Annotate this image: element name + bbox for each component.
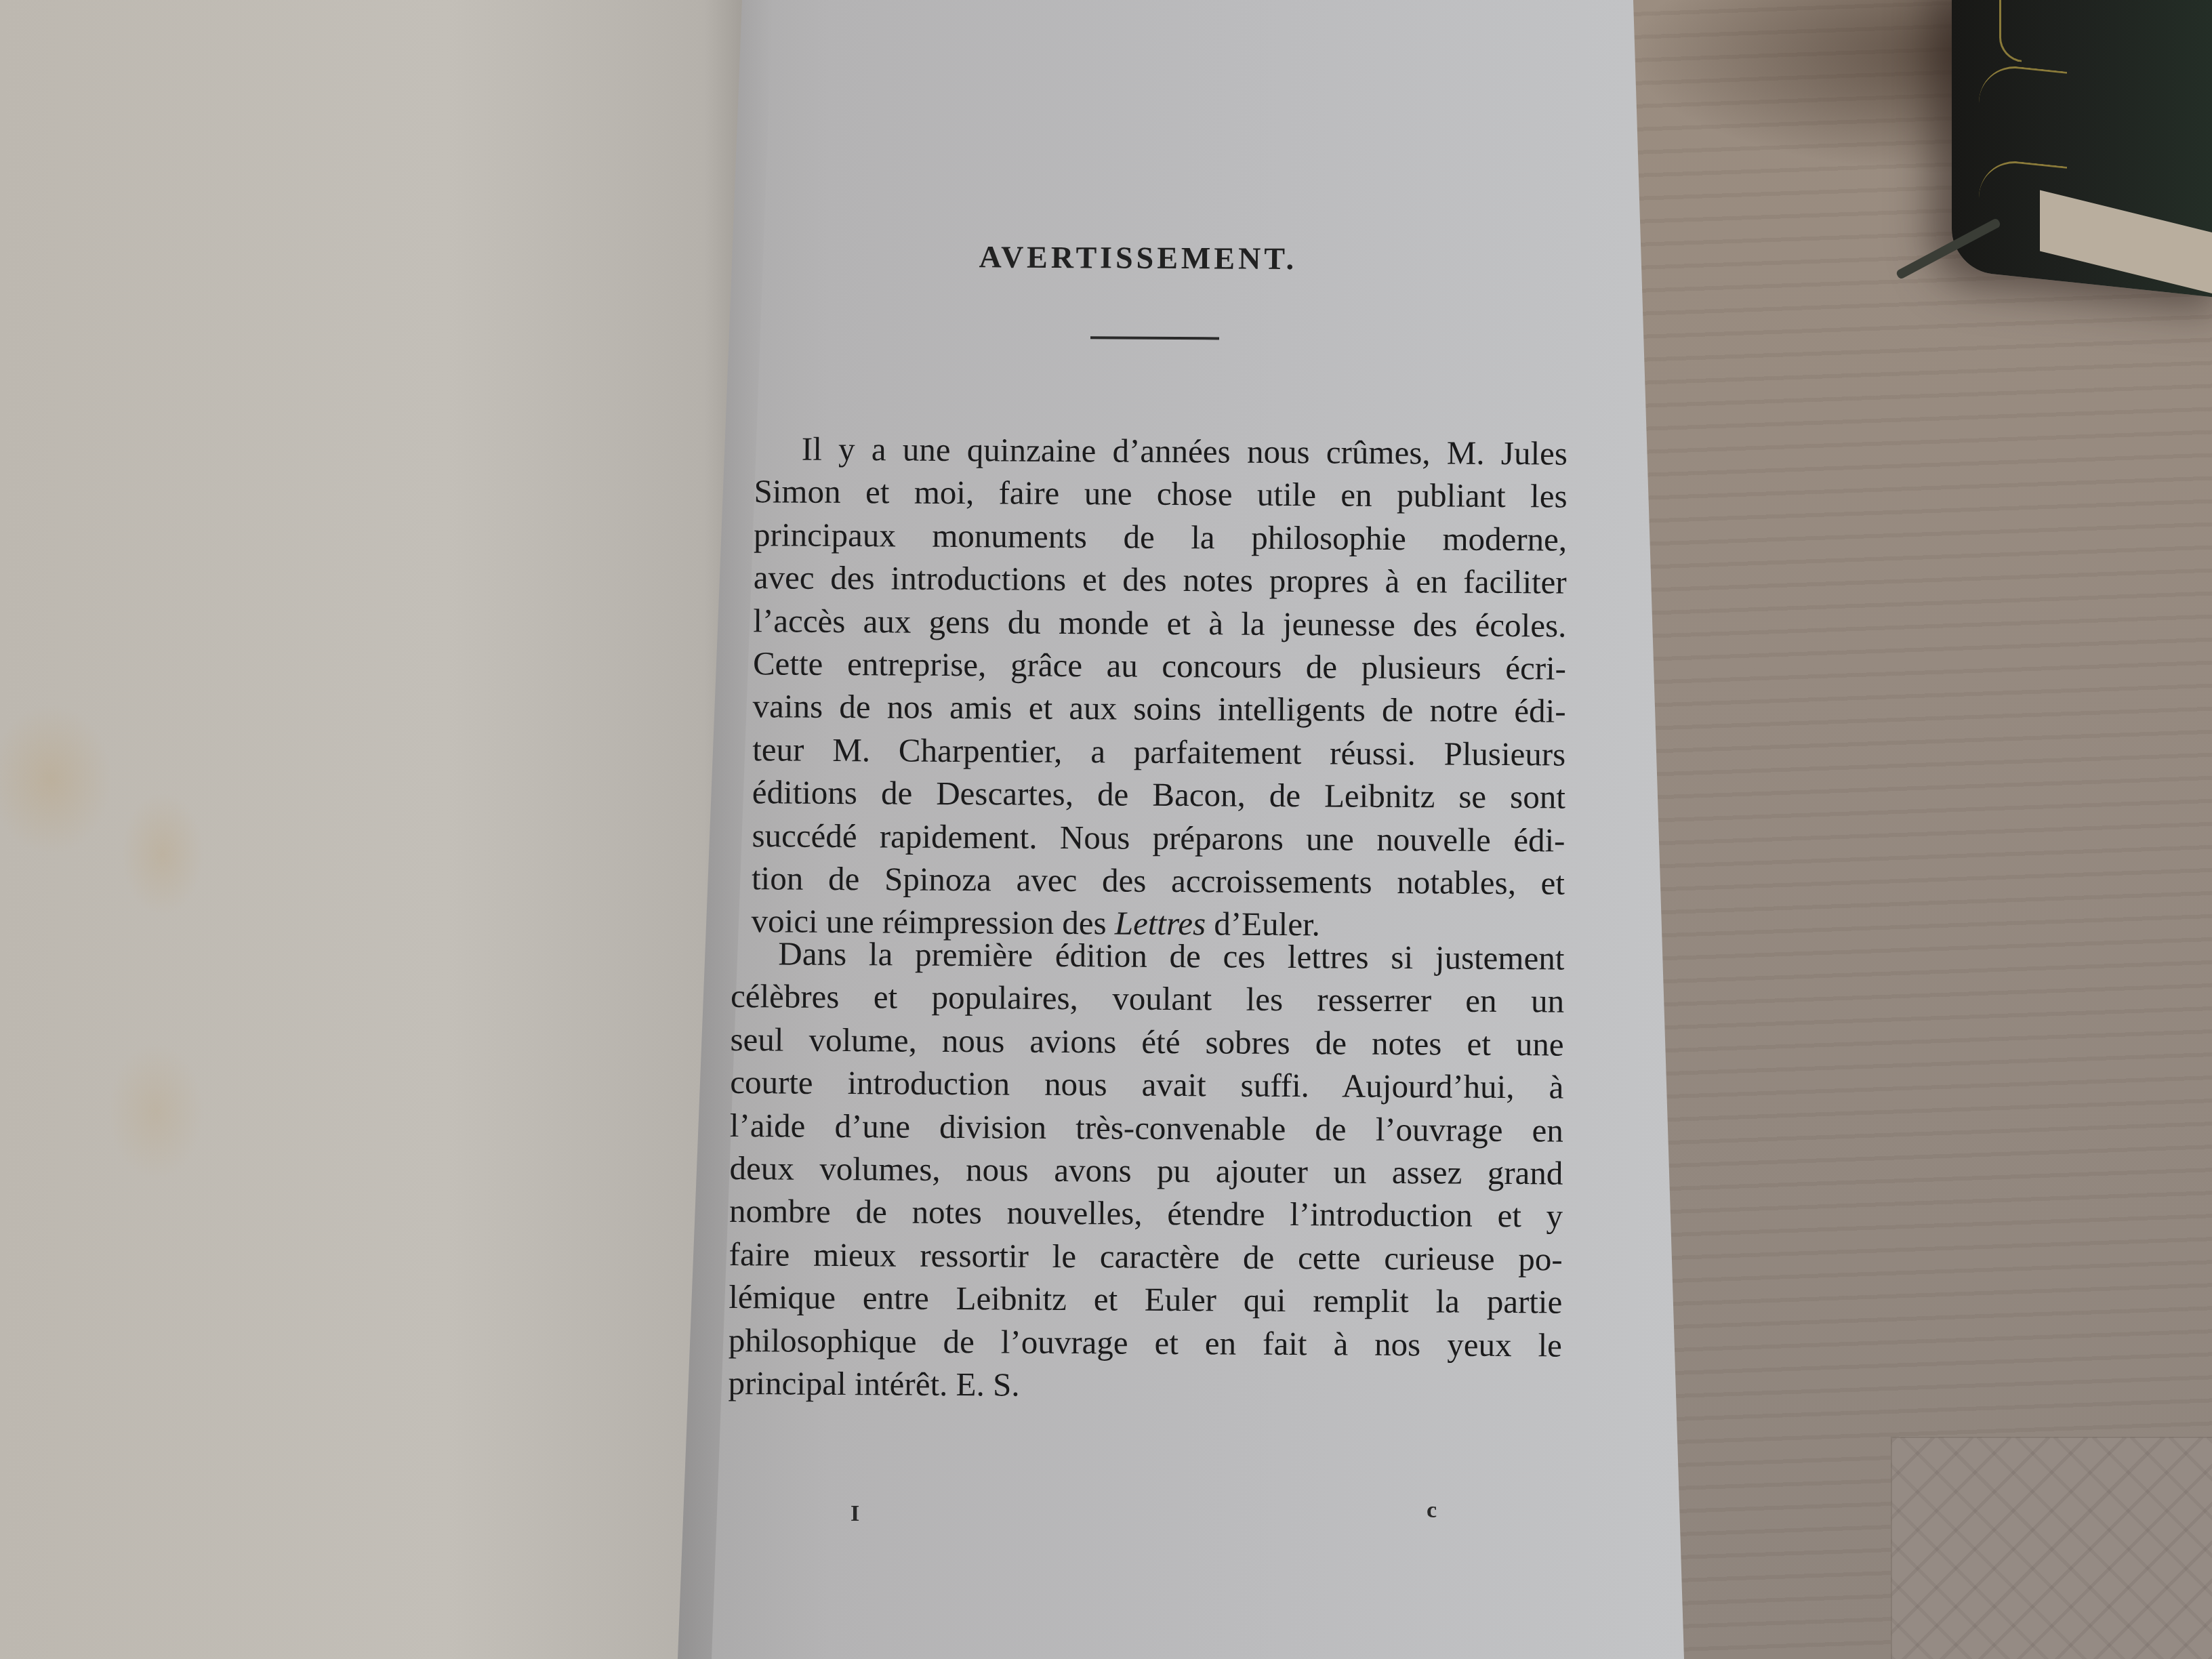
closing-line: principal intérêt. E. S. bbox=[728, 1361, 1561, 1410]
text-line: Il y a une quinzaine d’années nous crûme… bbox=[754, 427, 1568, 475]
text-line: nombre de notes nouvelles, étendre l’int… bbox=[729, 1189, 1563, 1237]
gilt-decoration bbox=[1979, 62, 2067, 115]
text-line: courte introduction nous avait suffi. Au… bbox=[730, 1061, 1563, 1109]
text-line: succédé rapidement. Nous préparons une n… bbox=[752, 814, 1565, 862]
text-line: l’aide d’une division très-convenable de… bbox=[730, 1104, 1563, 1152]
volume-mark: I bbox=[851, 1501, 859, 1527]
paragraph-1: Il y a une quinzaine d’années nous crûme… bbox=[752, 427, 1568, 947]
text-fragment: principal intérêt. bbox=[728, 1364, 947, 1403]
signature-mark: c bbox=[1427, 1498, 1437, 1523]
gilt-decoration bbox=[1999, 0, 2022, 62]
page-heading: AVERTISSEMENT. bbox=[979, 239, 1298, 276]
text-line: Simon et moi, faire une chose utile en p… bbox=[754, 470, 1567, 518]
text-line: éditions de Descartes, de Bacon, de Leib… bbox=[752, 771, 1565, 819]
wooden-table-panel bbox=[1891, 1437, 2212, 1659]
text-line: tion de Spinoza avec des accroissements … bbox=[752, 857, 1565, 905]
author-signature: E. S. bbox=[956, 1366, 1019, 1404]
text-line: l’accès aux gens du monde et à la jeunes… bbox=[753, 599, 1566, 647]
text-line: lémique entre Leibnitz et Euler qui remp… bbox=[729, 1275, 1562, 1324]
text-line: faire mieux ressortir le caractère de ce… bbox=[729, 1233, 1563, 1281]
text-line: vains de nos amis et aux soins intellige… bbox=[752, 685, 1565, 733]
text-line: seul volume, nous avions été sobres de n… bbox=[730, 1018, 1563, 1066]
text-line: principaux monuments de la philosophie m… bbox=[754, 513, 1567, 561]
text-line: philosophique de l’ouvrage et en fait à … bbox=[729, 1319, 1562, 1367]
left-page bbox=[0, 0, 742, 1659]
text-line: avec des introductions et des notes prop… bbox=[754, 556, 1567, 604]
text-line: Dans la première édition de ces lettres … bbox=[731, 932, 1564, 980]
closed-book bbox=[1952, 0, 2212, 300]
text-line: Cette entreprise, grâce au concours de p… bbox=[753, 642, 1566, 690]
paragraph-2: Dans la première édition de ces lettres … bbox=[728, 932, 1564, 1410]
text-line: teur M. Charpentier, a parfaitement réus… bbox=[752, 728, 1565, 776]
text-line: deux volumes, nous avons pu ajouter un a… bbox=[729, 1147, 1563, 1195]
text-line: célèbres et populaires, voulant les ress… bbox=[731, 975, 1564, 1023]
